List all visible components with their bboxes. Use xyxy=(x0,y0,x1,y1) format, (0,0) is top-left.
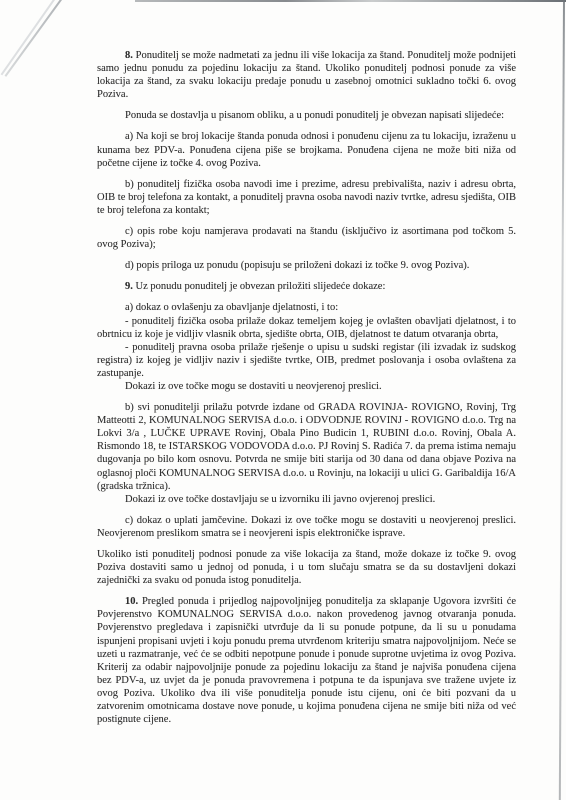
paragraph-8: 8. Ponuditelj se može nadmetati za jednu… xyxy=(97,49,516,101)
paragraph-9a-intro: a) dokaz o ovlašenju za obavljanje djela… xyxy=(97,301,516,314)
scan-corner-fold-shadow xyxy=(1,0,55,75)
paragraph-9: 9. Uz ponudu ponuditelj je obvezan prilo… xyxy=(97,280,516,293)
paragraph-9a-bullet2: - ponuditelj pravna osoba prilaže rješen… xyxy=(97,341,516,380)
paragraph-8-number: 8. xyxy=(125,50,133,61)
scanned-document-page: 8. Ponuditelj se može nadmetati za jednu… xyxy=(0,0,566,800)
paragraph-joint-evidence: Ukoliko isti ponuditelj podnosi ponude z… xyxy=(97,548,516,587)
scan-corner-fold xyxy=(5,0,62,77)
paragraph-9-number: 9. xyxy=(125,281,133,292)
paragraph-10: 10. Pregled ponuda i prijedlog najpovolj… xyxy=(97,595,516,726)
paragraph-9-text: Uz ponudu ponuditelj je obvezan priložit… xyxy=(136,281,386,292)
paragraph-10-text: Pregled ponuda i prijedlog najpovoljnije… xyxy=(97,596,516,725)
paragraph-8a: a) Na koji se broj lokacije štanda ponud… xyxy=(97,130,516,169)
paragraph-delivery-note: Ponuda se dostavlja u pisanom obliku, a … xyxy=(97,109,516,122)
document-body: 8. Ponuditelj se može nadmetati za jednu… xyxy=(97,49,516,734)
paragraph-9b-note: Dokazi iz ove točke dostavljaju se u izv… xyxy=(97,493,516,506)
paragraph-9a-note: Dokazi iz ove točke mogu se dostaviti u … xyxy=(97,380,516,393)
paragraph-8c: c) opis robe koju namjerava prodavati na… xyxy=(97,225,516,251)
paragraph-9b: b) svi ponuditelji prilažu potvrde izdan… xyxy=(97,401,516,493)
paragraph-8-text: Ponuditelj se može nadmetati za jednu il… xyxy=(97,50,516,100)
scan-top-edge xyxy=(135,0,566,2)
paragraph-9c: c) dokaz o uplati jamčevine. Dokazi iz o… xyxy=(97,514,516,540)
paragraph-8d: d) popis priloga uz ponudu (popisuju se … xyxy=(97,259,516,272)
paragraph-8b: b) ponuditelj fizička osoba navodi ime i… xyxy=(97,178,516,217)
paragraph-9a-bullet1: - ponuditelj fizička osoba prilaže dokaz… xyxy=(97,315,516,341)
paragraph-10-number: 10. xyxy=(125,596,138,607)
scan-right-edge xyxy=(558,0,564,800)
